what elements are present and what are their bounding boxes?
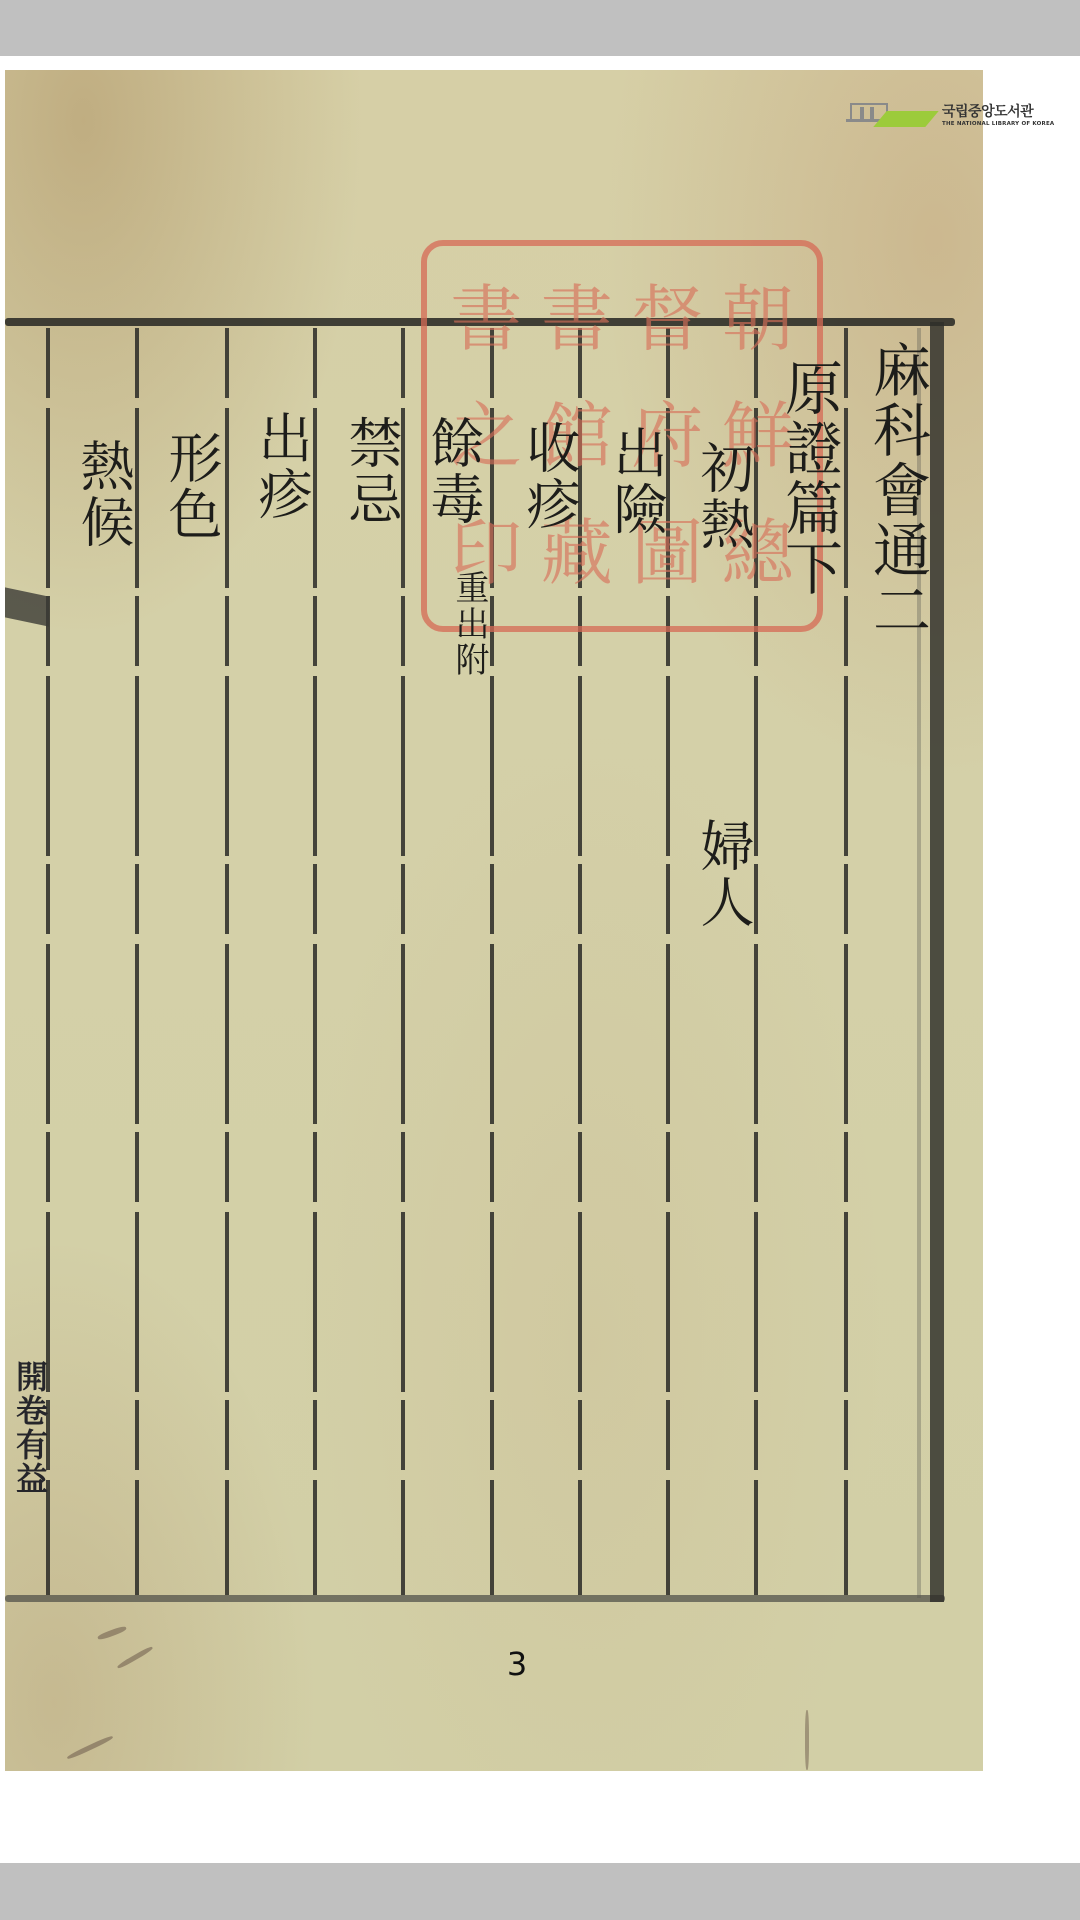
ink-stain: [66, 1735, 113, 1761]
ink-stain: [116, 1645, 153, 1669]
page-number: 3: [497, 1645, 537, 1683]
ink-stain: [805, 1710, 809, 1770]
logo-english-text: THE NATIONAL LIBRARY OF KOREA: [942, 120, 1054, 128]
library-emblem-icon: [846, 101, 934, 131]
document-page-scan: 朝 鮮 總 督 府 圖 書 館 藏 書 之 印 麻科會通二 原證篇下 初熱 婦人…: [5, 70, 983, 1771]
text-column-5-note: 重出附: [445, 570, 494, 678]
logo-korean-text: 국립중앙도서관: [942, 104, 1054, 120]
margin-tab-mark: [5, 587, 49, 626]
margin-text: 開卷有益: [7, 1360, 53, 1496]
seal-char: 督: [622, 260, 713, 377]
text-column-6: 禁忌: [333, 415, 410, 527]
book-title-column: 麻科會通二: [855, 340, 939, 640]
text-column-5: 餘毒: [415, 415, 492, 527]
ink-stain: [97, 1625, 127, 1641]
text-column-3: 出險: [598, 425, 675, 537]
text-column-9: 熱候: [65, 438, 142, 550]
text-column-8: 形色: [153, 430, 230, 542]
seal-char: 書: [532, 260, 623, 377]
text-column-4: 收疹: [511, 420, 588, 532]
seal-char: 書: [441, 260, 532, 377]
viewer-top-bar: [0, 0, 1080, 56]
viewer-bottom-bar: [0, 1863, 1080, 1920]
text-column-2-note: 婦人: [685, 818, 762, 930]
text-column-1: 原證篇下: [767, 358, 851, 598]
text-column-7: 出疹: [243, 410, 320, 522]
text-column-2: 初熱: [685, 440, 762, 552]
national-library-logo: 국립중앙도서관 THE NATIONAL LIBRARY OF KOREA: [846, 100, 1054, 132]
frame-bottom-rule: [5, 1595, 945, 1602]
